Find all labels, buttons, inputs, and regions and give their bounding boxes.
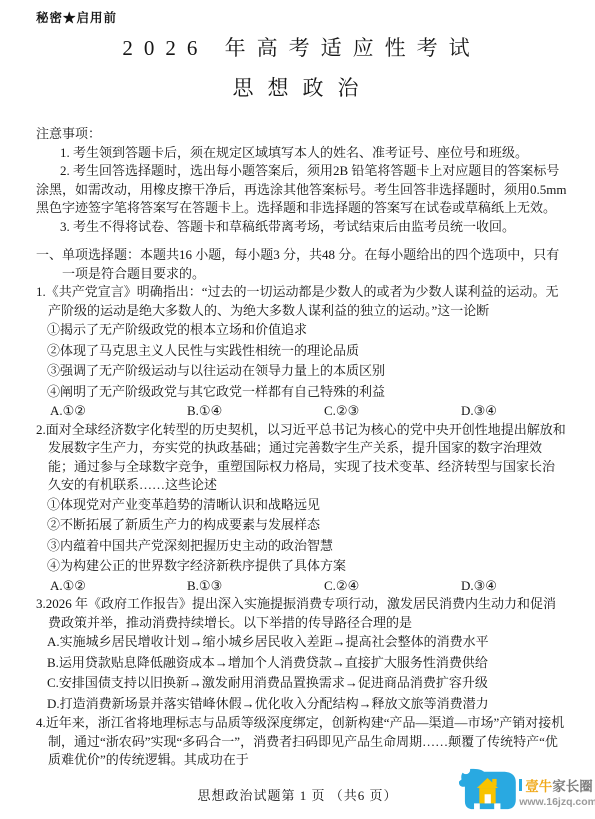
answer-choices: A.①②B.①④C.②③D.③④: [36, 402, 567, 421]
answer-choices: A.①②B.①③C.②④D.③④: [36, 577, 567, 596]
option-item: ④为构建公正的世界数字经济新秩序提供了具体方案: [47, 556, 567, 577]
choice-item: B.①③: [187, 577, 324, 596]
choice-item: C.②④: [324, 577, 461, 596]
notice-item: 3. 考生不得将试卷、答题卡和草稿纸带离考场，考试结束后由监考员统一收回。: [36, 218, 567, 237]
question-options: ①揭示了无产阶级政党的根本立场和价值追求②体现了马克思主义人民性与实践性相统一的…: [36, 320, 567, 402]
notice-heading: 注意事项：: [36, 125, 567, 144]
option-item: ①体现党对产业变革趋势的清晰认识和战略远见: [47, 495, 567, 516]
option-item: ③强调了无产阶级运动与以往运动在领导力量上的本质区别: [47, 361, 567, 382]
question-options: A.实施城乡居民增收计划→缩小城乡居民收入差距→提高社会整体的消费水平B.运用贷…: [36, 632, 567, 714]
choice-item: B.①④: [187, 402, 324, 421]
section-heading: 一、单项选择题：本题共16 小题，每小题3 分，共48 分。在每小题给出的四个选…: [36, 246, 567, 283]
question-stem: 3.2026 年《政府工作报告》提出深入实施提振消费专项行动，激发居民消费内生动…: [36, 595, 567, 632]
option-item: C.安排国债支持以旧换新→激发耐用消费品置换需求→促进商品消费扩容升级: [47, 673, 567, 694]
choice-item: D.③④: [461, 402, 497, 421]
option-item: ②体现了马克思主义人民性与实践性相统一的理论品质: [47, 341, 567, 362]
question-4: 4.近年来，浙江省将地理标志与品质等级深度绑定，创新构建“产品—渠道—市场”产销…: [36, 714, 567, 770]
option-item: B.运用贷款贴息降低融资成本→增加个人消费贷款→直接扩大服务性消费供给: [47, 653, 567, 674]
bull-house-logo-icon: [458, 765, 516, 818]
paper-body: 注意事项： 1. 考生领到答题卡后，须在规定区域填写本人的姓名、准考证号、座位号…: [36, 125, 567, 770]
notice-items: 1. 考生领到答题卡后，须在规定区域填写本人的姓名、准考证号、座位号和班级。2.…: [36, 144, 567, 237]
question-stem: 1.《共产党宣言》明确指出：“过去的一切运动都是少数人的或者为少数人谋利益的运动…: [36, 283, 567, 320]
watermark-logo: 壹牛 家长圈 www.16jzq.com: [456, 765, 595, 818]
choice-item: A.①②: [50, 402, 187, 421]
question-stem: 2.面对全球经济数字化转型的历史契机，以习近平总书记为核心的党中央开创性地提出解…: [36, 421, 567, 495]
question-3: 3.2026 年《政府工作报告》提出深入实施提振消费专项行动，激发居民消费内生动…: [36, 595, 567, 714]
choice-item: A.①②: [50, 577, 187, 596]
logo-brand-line: 壹牛 家长圈: [519, 775, 595, 795]
question-1: 1.《共产党宣言》明确指出：“过去的一切运动都是少数人的或者为少数人谋利益的运动…: [36, 283, 567, 421]
option-item: A.实施城乡居民增收计划→缩小城乡居民收入差距→提高社会整体的消费水平: [47, 632, 567, 653]
exam-paper-page: 秘密★启用前 2026 年高考适应性考试 思想政治 注意事项： 1. 考生领到答…: [0, 0, 595, 819]
question-2: 2.面对全球经济数字化转型的历史契机，以习近平总书记为核心的党中央开创性地提出解…: [36, 421, 567, 596]
choice-item: D.③④: [461, 577, 497, 596]
option-item: ③内蕴着中国共产党深刻把握历史主动的政治智慧: [47, 536, 567, 557]
option-item: ④阐明了无产阶级政党与其它政党一样都有自己特殊的利益: [47, 382, 567, 403]
option-item: ②不断拓展了新质生产力的构成要素与发展样态: [47, 515, 567, 536]
logo-text-block: 壹牛 家长圈 www.16jzq.com: [519, 775, 595, 808]
classification-label: 秘密★启用前: [36, 8, 117, 26]
paper-title: 2026 年高考适应性考试: [8, 32, 595, 62]
logo-url: www.16jzq.com: [519, 796, 595, 808]
notice-item: 2. 考生回答选择题时，选出每小题答案后，须用2B 铅笔将答题卡上对应题目的答案…: [36, 162, 567, 218]
brand-name-first: 壹牛: [525, 775, 552, 795]
option-item: D.打造消费新场景并落实错峰休假→优化收入分配结构→释放文旅等消费潜力: [47, 694, 567, 715]
notice-block: 注意事项： 1. 考生领到答题卡后，须在规定区域填写本人的姓名、准考证号、座位号…: [36, 125, 567, 236]
notice-item: 1. 考生领到答题卡后，须在规定区域填写本人的姓名、准考证号、座位号和班级。: [36, 144, 567, 163]
option-item: ①揭示了无产阶级政党的根本立场和价值追求: [47, 320, 567, 341]
brand-bar-icon: [519, 779, 522, 791]
paper-subject-title: 思想政治: [10, 72, 595, 102]
question-stem: 4.近年来，浙江省将地理标志与品质等级深度绑定，创新构建“产品—渠道—市场”产销…: [36, 714, 567, 770]
brand-name-rest: 家长圈: [552, 775, 593, 795]
question-options: ①体现党对产业变革趋势的清晰认识和战略远见②不断拓展了新质生产力的构成要素与发展…: [36, 495, 567, 577]
choice-item: C.②③: [324, 402, 461, 421]
